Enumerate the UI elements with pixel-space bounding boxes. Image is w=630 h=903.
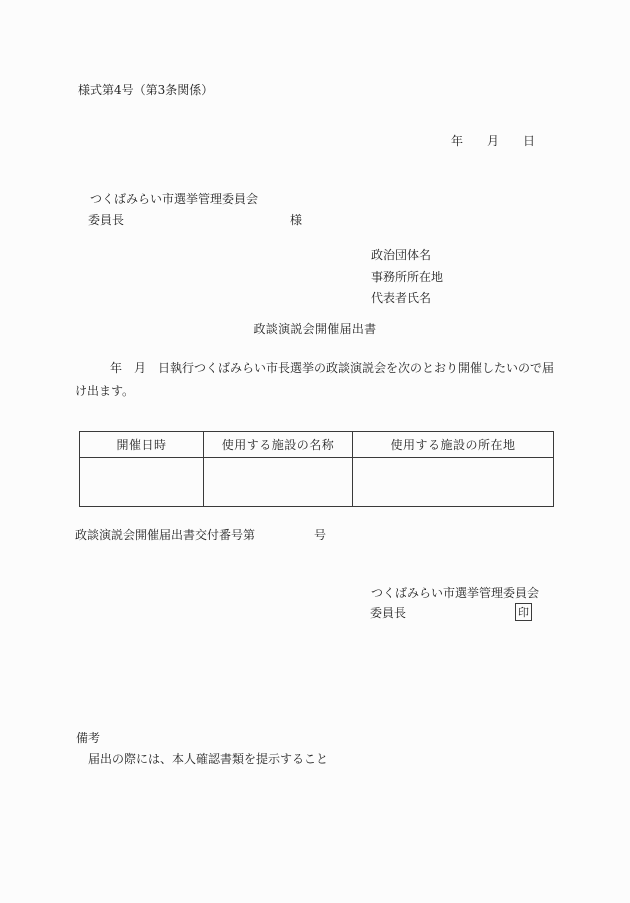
issuance-number-suffix: 号 — [314, 528, 326, 542]
date-field: 年 月 日 — [451, 134, 535, 149]
table-cell-facility-name — [204, 458, 353, 507]
issuer-organization: つくばみらい市選挙管理委員会 — [371, 586, 539, 601]
issuance-number-prefix: 政談演説会開催届出書交付番号第 — [75, 528, 255, 542]
addressee-organization: つくばみらい市選挙管理委員会 — [90, 192, 258, 207]
seal-mark: 印 — [515, 603, 532, 621]
remarks-heading: 備考 — [76, 731, 100, 746]
event-table: 開催日時 使用する施設の名称 使用する施設の所在地 — [79, 431, 554, 507]
addressee-line: 委員長 様 — [88, 213, 302, 228]
submitter-field-representative-name: 代表者氏名 — [371, 288, 443, 310]
table-cell-facility-location — [353, 458, 554, 507]
seal-character: 印 — [518, 607, 529, 618]
submitter-field-political-org: 政治団体名 — [371, 245, 443, 267]
table-header-row: 開催日時 使用する施設の名称 使用する施設の所在地 — [80, 432, 554, 458]
table-row — [80, 458, 554, 507]
submitter-field-office-address: 事務所所在地 — [371, 267, 443, 289]
addressee-honorific: 様 — [290, 213, 302, 228]
remarks-note: 届出の際には、本人確認書類を提示すること — [88, 752, 328, 767]
table-header-datetime: 開催日時 — [80, 432, 204, 458]
table-header-facility-location: 使用する施設の所在地 — [353, 432, 554, 458]
body-paragraph: 年 月 日執行つくばみらい市長選挙の政談演説会を次のとおり開催したいので届 け出… — [75, 357, 567, 403]
submitter-fields: 政治団体名 事務所所在地 代表者氏名 — [371, 245, 443, 310]
body-line-2: け出ます。 — [75, 380, 567, 403]
body-line-1: 年 月 日執行つくばみらい市長選挙の政談演説会を次のとおり開催したいので届 — [75, 357, 567, 380]
issuance-number-line: 政談演説会開催届出書交付番号第号 — [75, 528, 326, 543]
issuer-title: 委員長 — [370, 606, 406, 621]
form-number: 様式第4号（第3条関係） — [78, 83, 213, 98]
document-page: 様式第4号（第3条関係） 年 月 日 つくばみらい市選挙管理委員会 委員長 様 … — [0, 0, 630, 903]
table-cell-datetime — [80, 458, 204, 507]
document-title: 政談演説会開催届出書 — [0, 322, 630, 337]
table-header-facility-name: 使用する施設の名称 — [204, 432, 353, 458]
addressee-title: 委員長 — [88, 213, 124, 228]
